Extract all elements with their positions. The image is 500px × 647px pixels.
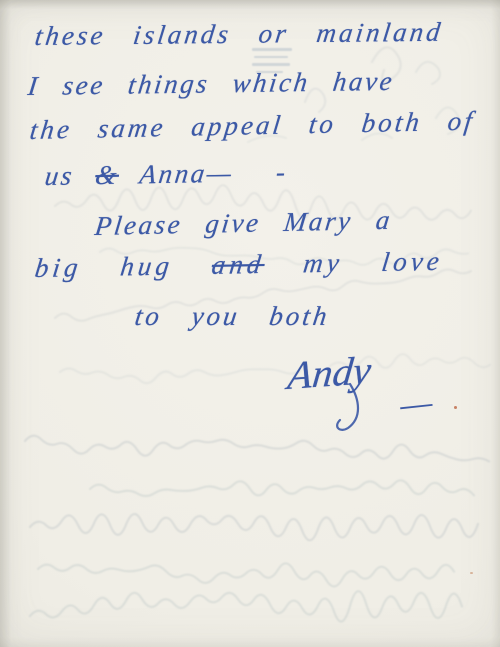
handwriting-line: the same appeal to both of: [28, 105, 477, 148]
ghost-letterhead-line: [254, 56, 288, 59]
handwriting-text: the same appeal to both of: [28, 106, 477, 145]
handwriting-text: us: [43, 160, 97, 191]
handwriting-line: I see things which have: [26, 65, 396, 104]
handwriting-text: Please give Mary a: [93, 205, 394, 241]
handwriting-line: to you both: [133, 300, 332, 334]
handwriting-line: us & Anna— -: [43, 156, 290, 194]
bleed-through-line: [60, 368, 300, 383]
signature-dash: —: [398, 380, 434, 425]
bleed-through-line: [38, 563, 454, 586]
handwriting-line: these islands or mainland: [33, 16, 445, 54]
handwriting-text: Anna— -: [117, 157, 289, 190]
ghost-letterhead-line: [252, 63, 290, 66]
bleed-through-line: [90, 480, 474, 496]
handwriting-text: to you both: [133, 301, 332, 331]
bleed-through-line: [30, 591, 462, 621]
handwriting-text: my love: [263, 246, 445, 279]
ink-speck: [470, 572, 473, 574]
letter-page: these islands or mainland I see things w…: [0, 0, 500, 647]
handwriting-text: these islands or mainland: [33, 17, 445, 51]
handwriting-text: I see things which have: [26, 66, 396, 101]
signature: Andy: [286, 346, 374, 399]
struck-word: and: [210, 249, 266, 280]
handwriting-text: big hug: [33, 250, 214, 283]
handwriting-line: big hug and my love: [33, 245, 445, 286]
bleed-through-line: [30, 514, 478, 540]
handwriting-line: Please give Mary a: [93, 204, 394, 244]
bleed-through-line: [25, 436, 489, 462]
ink-speck: [454, 406, 457, 409]
